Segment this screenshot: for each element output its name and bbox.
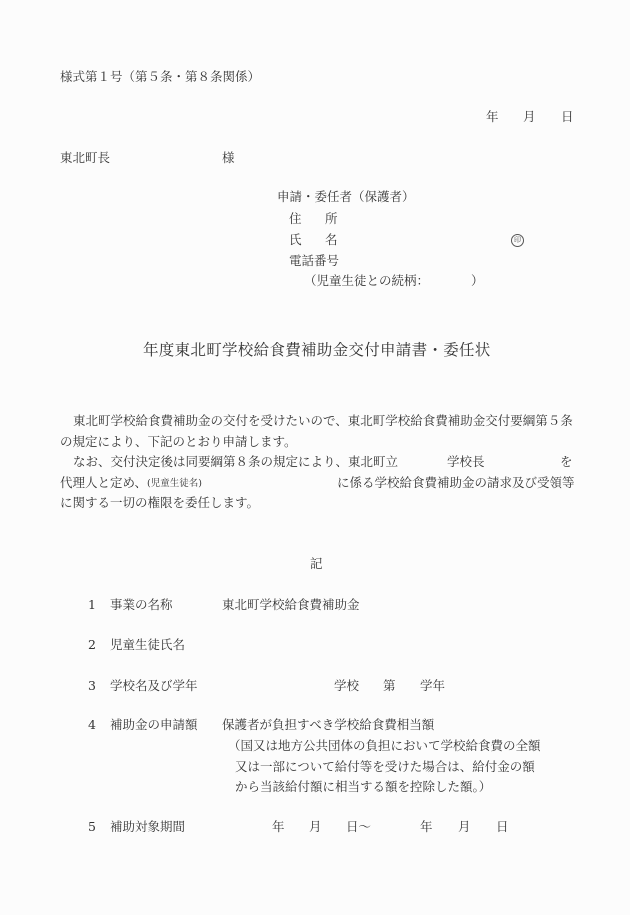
item-label: 補助対象期間 [110,819,185,835]
item-label: 学校名及び学年 [110,678,198,694]
form-number: 様式第１号（第５条・第８条関係） [60,69,260,85]
item-note-line1: （国又は地方公共団体の負担において学校給食費の全額 [228,738,541,754]
ki-heading: 記 [310,556,323,572]
address-label-2: 所 [325,211,338,227]
item-number: 5 [88,819,96,835]
item-label: 事業の名称 [110,597,173,613]
item-note-line2: 又は一部について給付等を受けた場合は、給付金の額 [235,759,535,775]
para2-line2-b: に係る学校給食費補助金の請求及び受領等 [337,475,575,491]
item-value: 保護者が負担すべき学校給食費相当額 [222,717,434,733]
applicant-heading: 申請・委任者（保護者） [277,189,415,205]
item-number: 3 [88,678,96,694]
item-label: 児童生徒氏名 [110,637,185,653]
para2-line2-a: 代理人と定め、 [60,475,147,491]
phone-label: 電話番号 [289,253,339,269]
item-number: 1 [88,597,96,613]
addressee-honorific: 様 [222,150,235,166]
item-label: 補助金の申請額 [110,717,198,733]
para2-line1-school-head: 学校長 [447,454,485,470]
item-value: 東北町学校給食費補助金 [222,597,360,613]
date-day-label: 日 [561,109,574,125]
para2-line1-a: なお、交付決定後は同要綱第８条の規定により、東北町立 [73,454,398,470]
para2-line3: に関する一切の権限を委任します。 [60,495,259,511]
item-number: 4 [88,717,96,733]
relationship-close: ） [471,273,484,289]
item-number: 2 [88,637,96,653]
grade-suffix: 学年 [420,678,445,694]
date-year-label: 年 [486,109,499,125]
seal-icon: 印 [511,234,524,247]
grade-prefix: 第 [383,678,396,694]
period-from-year: 年 [272,819,285,835]
name-label-2: 名 [325,232,338,248]
period-to-month: 月 [458,819,471,835]
period-from-day: 日～ [346,819,371,835]
period-to-day: 日 [496,819,509,835]
para1-line1: 東北町学校給食費補助金の交付を受けたいので、東北町学校給食費補助金交付要綱第５条 [73,413,573,429]
addressee: 東北町長 [60,150,110,166]
para1-line2: の規定により、下記のとおり申請します。 [60,434,297,450]
school-label: 学校 [334,678,359,694]
period-from-month: 月 [309,819,322,835]
para2-line1-end: を [560,454,573,470]
relationship-label: （児童生徒との続柄： [304,273,429,289]
period-to-year: 年 [420,819,433,835]
student-name-note: (児童生徒名) [147,476,202,492]
item-note-line3: から当該給付額に相当する額を控除した額。） [235,779,491,795]
name-label-1: 氏 [289,232,302,248]
document-title: 年度東北町学校給食費補助金交付申請書・委任状 [143,342,491,358]
date-month-label: 月 [523,109,536,125]
address-label-1: 住 [289,211,302,227]
